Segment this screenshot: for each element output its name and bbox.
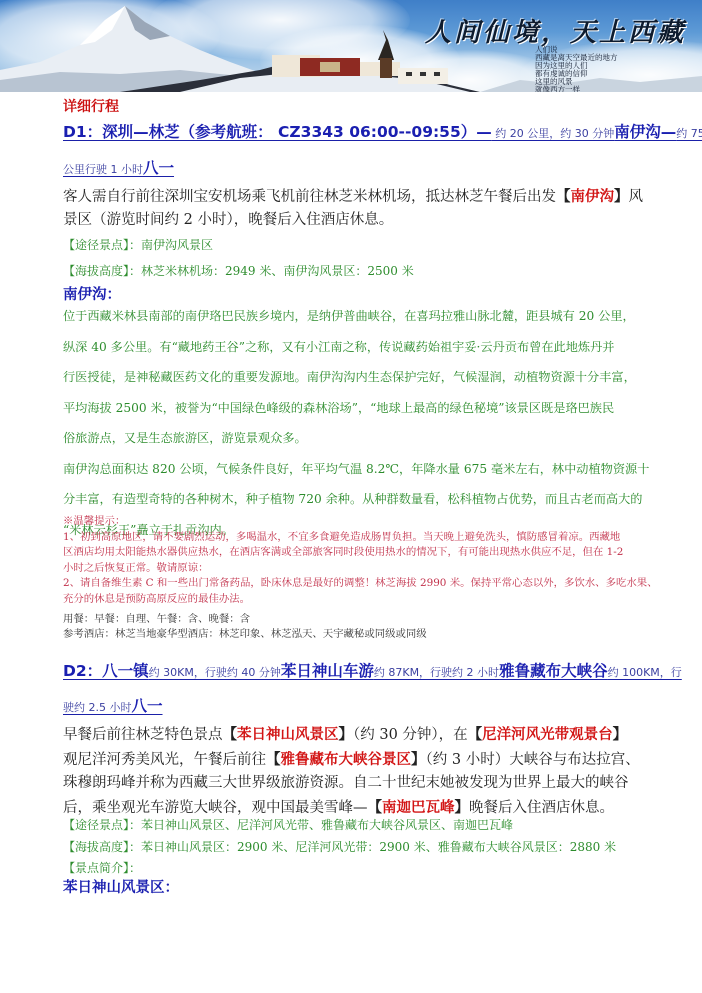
day1-header[interactable]: D1：深圳—林芝（参考航班： CZ3343 06:00--09:55）— 约 2… xyxy=(63,121,643,145)
bracket: 【 xyxy=(266,751,281,768)
bracket: 】 xyxy=(411,751,426,768)
day1-attractions: 【途径景点】：南伊沟风景区 xyxy=(63,236,653,253)
day1-distance: 公里行驶 1 小时 xyxy=(63,163,143,176)
day1-hotel: 参考酒店：林芝当地豪华型酒店：林芝印象、林芝泓天、天宇藏秘或同级或同级 xyxy=(63,625,653,640)
day1-stop: 南伊沟— xyxy=(614,123,676,141)
tips-line: 小时之后恢复正常。敬请原谅： xyxy=(63,561,653,577)
day2-distance: 约 100KM，行 xyxy=(608,666,682,679)
day2-intro: 早餐后前往林芝特色景点【苯日神山风景区】（约 30 分钟），在【尼洋河风光带观景… xyxy=(63,723,643,820)
day1-header-line2[interactable]: 公里行驶 1 小时八一 xyxy=(63,158,643,180)
intro-line: 观尼洋河秀美风光，午餐后前往【雅鲁藏布大峡谷景区】（约 3 小时）大峡谷与布达拉… xyxy=(63,748,643,773)
intro-text: 早餐后前往林芝特色景点 xyxy=(63,727,223,743)
bracket: 【 xyxy=(223,726,238,743)
bracket: 【 xyxy=(368,799,383,816)
section-title: 详细行程 xyxy=(63,96,119,116)
desc-line: 俗旅游点，又是生态旅游区，游览景观众多。 xyxy=(63,423,643,454)
desc-line: 平均海拔 2500 米，被誉为“中国绿色峰级的森林浴场”，“地球上最高的绿色秘境… xyxy=(63,393,643,424)
day1-distance: 约 75 xyxy=(676,127,702,140)
header-banner-image: 人间仙境，天上西藏 人们说 西藏是离天空最近的地方 因为这里的人们 都有虔诚的信… xyxy=(0,0,702,92)
day1-intro: 客人需自行前往深圳宝安机场乘飞机前往林芝米林机场，抵达林芝午餐后出发【南伊沟】风… xyxy=(63,185,643,232)
day1-meals: 用餐：早餐：自理、午餐：含、晚餐：含 xyxy=(63,610,653,625)
day2-header-line2[interactable]: 驶约 2.5 小时八一 xyxy=(63,696,643,718)
day1-stop: 八一 xyxy=(143,159,174,177)
day1-header-cont[interactable]: 公里行驶 1 小时八一 xyxy=(63,158,643,180)
day2-header[interactable]: D2：八一镇约 30KM，行驶约 40 分钟苯日神山车游约 87KM，行驶约 2… xyxy=(63,660,643,684)
day2-stop: D2：八一镇 xyxy=(63,662,149,680)
day2-header-line1[interactable]: D2：八一镇约 30KM，行驶约 40 分钟苯日神山车游约 87KM，行驶约 2… xyxy=(63,660,643,684)
highlight-spot: 苯日神山风景区 xyxy=(237,727,339,743)
highlight-spot: 南迦巴瓦峰 xyxy=(382,800,455,816)
intro-text: （约 3 小时）大峡谷与布达拉宫、 xyxy=(426,752,640,768)
intro-text: 晚餐后入住酒店休息。 xyxy=(469,800,614,816)
desc-line: 南伊沟总面积达 820 公顷，气候条件良好，年平均气温 8.2℃，年降水量 67… xyxy=(63,454,643,485)
day1-tips: ※温馨提示： 1、初到高原地区，请不要剧烈运动，多喝温水，不宜多食避免造成肠胃负… xyxy=(63,514,653,607)
day1-distance: 约 20 公里，约 30 分钟 xyxy=(492,127,614,140)
day1-spot-description: 位于西藏米林县南部的南伊珞巴民族乡境内，是纳伊普曲峡谷，在喜玛拉雅山脉北麓，距县… xyxy=(63,301,643,545)
banner-slogan: 人间仙境，天上西藏 xyxy=(425,12,686,49)
tips-line: 2、请自备维生素 C 和一些出门常备药品，卧床休息是最好的调整！林芝海拔 299… xyxy=(63,576,653,592)
desc-line: 位于西藏米林县南部的南伊珞巴民族乡境内，是纳伊普曲峡谷，在喜玛拉雅山脉北麓，距县… xyxy=(63,301,643,332)
desc-line: 分丰富，有造型奇特的各种树木，种子植物 720 余种。从种群数量看，松科植物占优… xyxy=(63,484,643,515)
bracket: 】 xyxy=(613,726,628,743)
bracket: 】 xyxy=(339,726,354,743)
poem-line: 就像西方一样 xyxy=(535,86,702,92)
banner-poem: 人们说 西藏是离天空最近的地方 因为这里的人们 都有虔诚的信仰 这里的风景 就像… xyxy=(535,46,702,92)
tips-heading: ※温馨提示： xyxy=(63,514,653,530)
tips-line: 1、初到高原地区，请不要剧烈运动，多喝温水，不宜多食避免造成肠胃负担。当天晚上避… xyxy=(63,530,653,546)
bracket: 【 xyxy=(556,188,571,205)
intro-text: 观尼洋河秀美风光，午餐后前往 xyxy=(63,752,266,768)
bracket: 】 xyxy=(455,799,470,816)
day1-altitude: 【海拔高度】：林芝米林机场：2949 米、南伊沟风景区：2500 米 xyxy=(63,262,653,279)
bracket: 【 xyxy=(468,726,483,743)
day2-altitude: 【海拔高度】：苯日神山风景区：2900 米、尼洋河风光带：2900 米、雅鲁藏布… xyxy=(63,838,653,855)
day2-header-cont[interactable]: 驶约 2.5 小时八一 xyxy=(63,696,643,718)
bracket: 】 xyxy=(614,188,629,205)
intro-line: 早餐后前往林芝特色景点【苯日神山风景区】（约 30 分钟），在【尼洋河风光带观景… xyxy=(63,723,643,748)
intro-text: 后，乘坐观光车游览大峡谷，观中国最美雪峰— xyxy=(63,800,368,816)
intro-text: （约 30 分钟），在 xyxy=(353,727,468,743)
highlight-spot: 尼洋河风光带观景台 xyxy=(482,727,613,743)
day2-stop: 苯日神山车游 xyxy=(281,662,374,680)
day2-distance: 约 30KM，行驶约 40 分钟 xyxy=(149,666,281,679)
day2-stop: 八一 xyxy=(132,697,163,715)
desc-line: 纵深 40 多公里。有“藏地药王谷”之称，又有小江南之称，传说藏药始祖宇妥·云丹… xyxy=(63,332,643,363)
tips-line: 充分的休息是预防高原反应的最佳办法。 xyxy=(63,592,653,608)
highlight-spot: 雅鲁藏布大峡谷景区 xyxy=(281,752,412,768)
highlight-spot: 南伊沟 xyxy=(571,189,615,205)
day1-header-line1[interactable]: D1：深圳—林芝（参考航班： CZ3343 06:00--09:55）— 约 2… xyxy=(63,121,643,145)
intro-text: 客人需自行前往深圳宝安机场乘飞机前往林芝米林机场，抵达林芝午餐后出发 xyxy=(63,189,556,205)
day2-spot-intro-label: 【景点简介】： xyxy=(63,859,653,876)
day2-attractions: 【途径景点】：苯日神山风景区、尼洋河风光带、雅鲁藏布大峡谷风景区、南迦巴瓦峰 xyxy=(63,816,653,833)
day2-distance: 约 87KM，行驶约 2 小时 xyxy=(374,666,499,679)
intro-line: 珠穆朗玛峰并称为西藏三大世界级旅游资源。自二十世纪末她被发现为世界上最大的峡谷 xyxy=(63,772,643,796)
tips-line: 区酒店均用太阳能热水器供应热水，在酒店客满或全部旅客同时段使用热水的情况下，有可… xyxy=(63,545,653,561)
day1-route: D1：深圳—林芝（参考航班： CZ3343 06:00--09:55）— xyxy=(63,123,492,141)
day2-stop: 雅鲁藏布大峡谷 xyxy=(499,662,608,680)
day2-spot-title: 苯日神山风景区： xyxy=(63,876,179,897)
desc-line: 行医授徒，是神秘藏医药文化的重要发源地。南伊沟沟内生态保护完好，气候湿润，动植物… xyxy=(63,362,643,393)
day2-distance: 驶约 2.5 小时 xyxy=(63,701,132,714)
